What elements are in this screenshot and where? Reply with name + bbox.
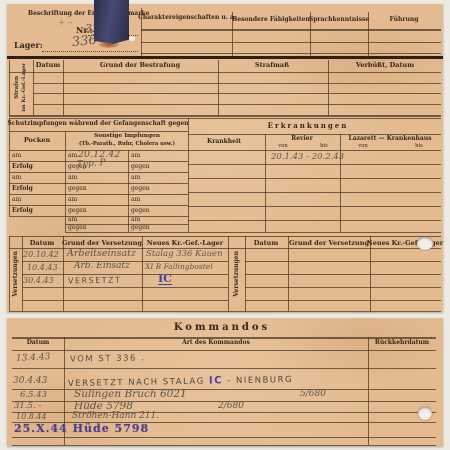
lager-value: 336 [71, 34, 97, 50]
kommando-row-art: VOM ST 336 . [70, 354, 145, 364]
versetzung-row-grund: Arbeitseinsatz [67, 249, 136, 259]
row-label-am: am [131, 197, 140, 203]
erkrankungen-header: Erkrankungen [268, 122, 349, 129]
kommandos-col-datum: Datum [27, 340, 50, 346]
strafen-col-verbuesst: Verbüßt, Datum [356, 62, 414, 69]
strafen-side-label: Strafen im Kr.-Gef.-Lager [10, 60, 32, 114]
row-label-gegen: gegen [131, 186, 150, 192]
lager-label: Lager: [14, 41, 43, 49]
rule [188, 118, 189, 232]
rule [340, 134, 341, 232]
row-label-am: am [131, 175, 140, 181]
rule [12, 445, 436, 446]
stalag-ic-ink: IC [209, 375, 223, 386]
lazarett-von: von [358, 144, 367, 149]
versetzung-row-lager-ink: IC [158, 273, 172, 285]
rule [9, 118, 441, 119]
kommando-row-art: Sulingen Bruch 6021 [74, 389, 187, 400]
kommandos-title: Kommandos [174, 323, 270, 333]
erkrankungen-col-revier: Revier [291, 136, 313, 142]
section-divider [7, 56, 443, 59]
kommando-row-art: Hüde 5798 [74, 401, 133, 412]
hole-punch [418, 407, 432, 420]
traits-col-sprachen: Sprachkenntnisse [309, 17, 369, 23]
hude-stamp: 25.X.44 Hüde 5798 [14, 423, 149, 434]
rule [12, 350, 436, 351]
rule [9, 216, 188, 217]
rule [9, 236, 441, 237]
rule [33, 60, 34, 115]
row-label-am: am [12, 197, 21, 203]
row-label-erfolg: Erfolg [12, 208, 33, 214]
revier-bis: bis [320, 144, 328, 149]
rule [328, 60, 329, 115]
versetzung-row-datum: 20.10.42 [23, 251, 59, 259]
rule [12, 368, 436, 369]
versetzungen-col-grund: Grund der Versetzung [62, 240, 142, 247]
erkennungsmarke-label: Beschriftung der Erkennungsmarke [28, 11, 149, 17]
rule [22, 300, 228, 301]
rule [63, 60, 64, 115]
revier-entry: 20.1.43 - 20.2.43 [271, 153, 344, 162]
kommando-row-datum: 10.8.44 [16, 413, 47, 421]
rule [141, 29, 441, 31]
versetzungen-col-datum-right: Datum [254, 240, 278, 247]
rule [188, 220, 441, 221]
kommando-row-datum: 31.5. - [14, 402, 41, 411]
rule [265, 134, 266, 232]
row-label-am: am [68, 217, 77, 223]
row-label-erfolg: Erfolg [12, 186, 33, 192]
rule [188, 192, 441, 193]
row-label-am: am [68, 153, 77, 159]
versetzungen-col-lager: Neues Kr.-Gef.-Lager [147, 240, 223, 247]
rule [9, 172, 188, 173]
row-label-gegen: gegen [131, 225, 150, 231]
rule [9, 131, 188, 132]
rule [218, 60, 219, 115]
versetzung-row-datum: 30.4.43 [23, 277, 54, 285]
rule [188, 164, 441, 165]
row-label-am: am [131, 217, 140, 223]
rule [245, 287, 441, 288]
rule [245, 274, 441, 275]
rule [9, 311, 441, 312]
pencil-mark: + ‒ [58, 19, 72, 27]
versetzungen-side-label-right: Versetzungen [229, 238, 245, 310]
row-label-gegen: gegen [68, 225, 87, 231]
rule [245, 300, 441, 301]
versetzung-row-grund-stamped: VERSETZT [68, 277, 122, 286]
rule [9, 150, 441, 151]
impfungen-header: Schutzimpfungen während der Gefangenscha… [7, 121, 188, 127]
erkrankungen-col-krankheit: Krankheit [207, 139, 241, 145]
row-label-gegen: gegen [68, 208, 87, 214]
rule [141, 42, 441, 43]
identity-tag-ribbon [94, 0, 129, 44]
erkrankungen-col-lazarett: Lazarett — Krankenhaus [348, 136, 431, 142]
rule [22, 287, 228, 288]
rule [368, 337, 369, 445]
rule [9, 72, 441, 73]
row-label-am: am [12, 153, 21, 159]
strafen-col-grund: Grund der Bestrafung [100, 62, 180, 69]
paper-tear [129, 36, 135, 41]
kommando-row-extra: 5/680 [300, 390, 326, 399]
row-label-erfolg: Erfolg [12, 164, 33, 170]
rule [65, 232, 441, 233]
revier-von: von [278, 144, 287, 149]
row-label-gegen: gegen [68, 186, 87, 192]
versetzungen-col-grund-right: Grund der Versetzung [289, 240, 369, 247]
strafen-col-strafmass: Strafmaß [255, 62, 289, 69]
rule [9, 194, 188, 195]
rule [33, 93, 441, 94]
rule [188, 206, 441, 207]
row-label-gegen: gegen [131, 164, 150, 170]
versetzungen-side-label-left: Versetzungen [9, 238, 22, 310]
versetzung-row-datum: 10.4.43 [27, 264, 58, 272]
impfungen-col-pocken: Pocken [24, 137, 50, 144]
traits-col-charakter: Charaktereigenschaften u. a. [138, 15, 236, 21]
strafen-col-datum: Datum [36, 62, 60, 69]
kommando-row-datum: 6.5.43 [20, 391, 47, 400]
rule [245, 261, 441, 262]
kommandos-col-art: Art des Kommandos [182, 340, 250, 346]
kommando-row-art: Ströhen-Hann 211. [72, 412, 159, 421]
lazarett-bis: bis [415, 144, 423, 149]
versetzung-row-lager: XI B Fallingbostel [145, 263, 213, 271]
rule [141, 53, 441, 54]
traits-col-fuehrung: Führung [390, 17, 419, 23]
rule [33, 104, 441, 105]
lager-ruled-line [42, 50, 138, 52]
versetzungen-col-datum: Datum [30, 240, 54, 247]
versetzung-row-lager: Stalag 336 Kauen [146, 250, 223, 259]
row-label-am: am [68, 175, 77, 181]
rule [9, 115, 441, 117]
kommando-row-datum: 13.4.43 [16, 353, 51, 364]
row-label-am: am [12, 175, 21, 181]
rule [128, 150, 129, 232]
hole-punch [417, 237, 433, 250]
kommando-row-extra: 2/680 [218, 402, 244, 411]
rule [12, 437, 436, 438]
row-label-am: am [68, 197, 77, 203]
rule [9, 183, 188, 184]
impfungen-col-sonstige-2: (Tb.-Parath., Ruhr, Cholera usw.) [79, 142, 175, 147]
kommando-row-datum: 30.4.43 [13, 377, 47, 386]
scanned-pow-record: Beschriftung der Erkennungsmarke + ‒ Nr.… [0, 0, 450, 450]
kommandos-col-rueckkehr: Rückkehrdatum [375, 340, 429, 346]
rule [22, 274, 228, 275]
rule [9, 205, 188, 206]
impfungen-col-sonstige: Sonstige Impfungen [94, 134, 160, 140]
rule [33, 83, 441, 84]
row-label-gegen: gegen [131, 208, 150, 214]
rule [9, 118, 10, 216]
rule [188, 178, 441, 179]
row-label-am: am [131, 153, 140, 159]
versetzung-row-grund: Arb. Einsatz [74, 262, 130, 271]
traits-col-faehigkeiten: Besondere Fähigkeiten [232, 17, 310, 23]
